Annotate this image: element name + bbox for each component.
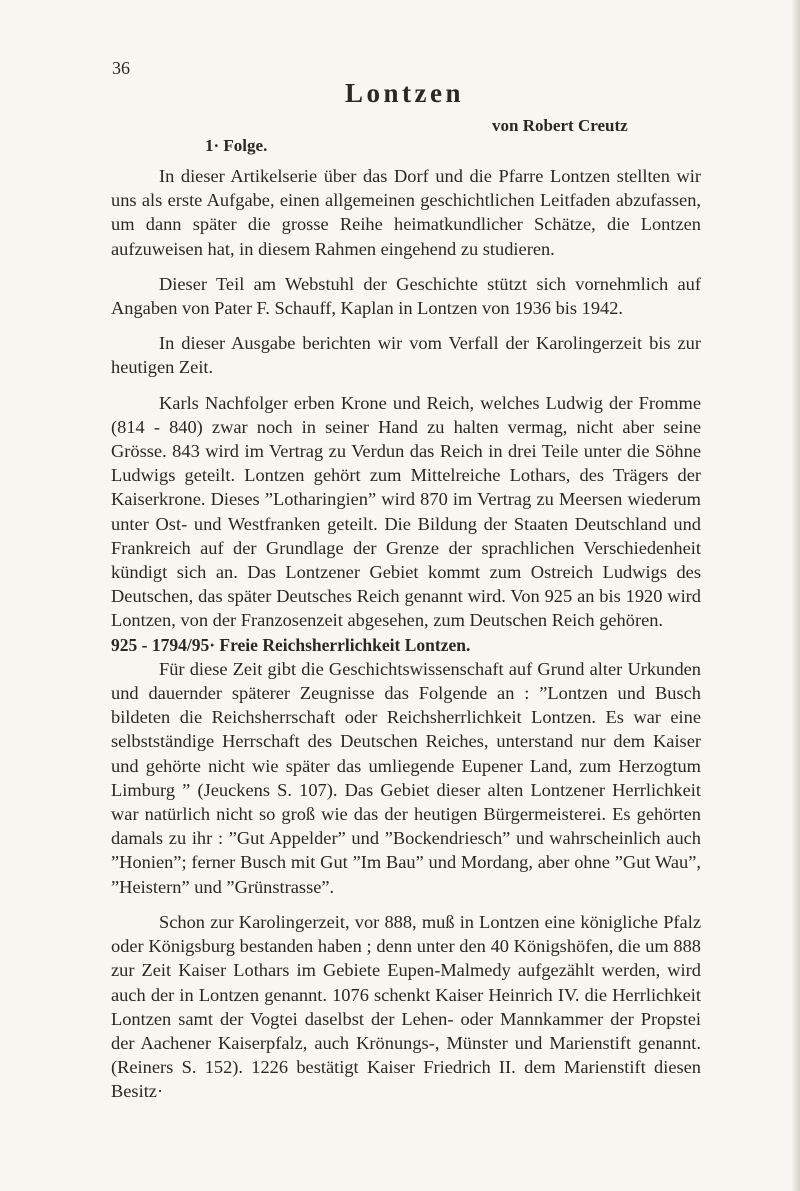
article-body: In dieser Artikelserie über das Dorf und… bbox=[111, 164, 701, 1104]
paragraph: In dieser Artikelserie über das Dorf und… bbox=[111, 164, 701, 261]
article-title: Lontzen bbox=[345, 78, 464, 109]
section-heading: 925 - 1794/95· Freie Reichsherrlichkeit … bbox=[111, 633, 701, 657]
paragraph: Dieser Teil am Webstuhl der Geschichte s… bbox=[111, 272, 701, 320]
article-author: von Robert Creutz bbox=[492, 116, 628, 136]
page-edge-shadow bbox=[792, 0, 800, 1191]
paragraph: Karls Nachfolger erben Krone und Reich, … bbox=[111, 391, 701, 633]
paragraph: Für diese Zeit gibt die Geschichtswissen… bbox=[111, 657, 701, 899]
paragraph: In dieser Ausgabe berichten wir vom Verf… bbox=[111, 331, 701, 379]
page-number: 36 bbox=[112, 58, 130, 79]
paragraph: Schon zur Karolingerzeit, vor 888, muß i… bbox=[111, 910, 701, 1104]
series-label: 1· Folge. bbox=[205, 136, 267, 156]
